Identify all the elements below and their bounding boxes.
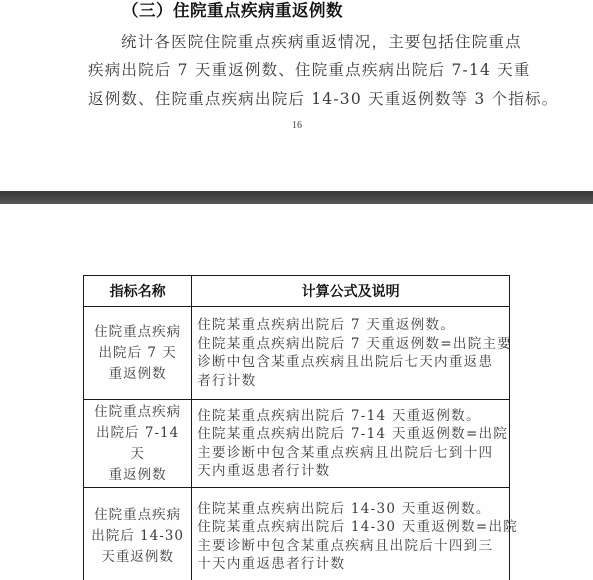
name-line: 重返例数	[88, 364, 187, 385]
document-page-upper: （三）住院重点疾病重返例数 统计各医院住院重点疾病重返情况，主要包括住院重点 疾…	[0, 0, 593, 191]
desc-line: 住院某重点疾病出院后 14-30 天重返例数=出院	[197, 518, 505, 537]
desc-line: 十天内重返患者行计数	[197, 555, 505, 574]
section-heading: （三）住院重点疾病重返例数	[122, 0, 343, 22]
table-row: 住院重点疾病 出院后 7 天 重返例数 住院某重点疾病出院后 7 天重返例数。 …	[84, 307, 510, 400]
desc-line: 住院某重点疾病出院后 7-14 天重返例数=出院	[197, 425, 505, 444]
name-line: 出院后 14-30	[88, 526, 187, 547]
name-line: 天重返例数	[88, 547, 187, 568]
name-line: 住院重点疾病	[88, 505, 187, 526]
name-line: 重返例数	[88, 465, 187, 486]
formula-description-cell: 住院某重点疾病出院后 7-14 天重返例数。 住院某重点疾病出院后 7-14 天…	[192, 400, 510, 488]
desc-line: 住院某重点疾病出院后 7-14 天重返例数。	[197, 407, 505, 426]
indicator-table: 指标名称 计算公式及说明 住院重点疾病 出院后 7 天 重返例数 住院某重点疾病…	[83, 275, 510, 580]
name-line: 出院后 7 天	[88, 343, 187, 364]
name-line: 住院重点疾病	[88, 402, 187, 423]
header-indicator-name: 指标名称	[84, 276, 192, 307]
formula-description-cell: 住院某重点疾病出院后 14-30 天重返例数。 住院某重点疾病出院后 14-30…	[192, 488, 510, 580]
desc-line: 住院某重点疾病出院后 7 天重返例数。	[197, 316, 505, 335]
page-separator-band	[0, 191, 593, 204]
formula-description-cell: 住院某重点疾病出院后 7 天重返例数。 住院某重点疾病出院后 7 天重返例数=出…	[192, 307, 510, 400]
page-number: 16	[287, 120, 307, 131]
header-formula-description: 计算公式及说明	[192, 276, 510, 307]
desc-line: 主要诊断中包含某重点疾病且出院后十四到三	[197, 537, 505, 556]
name-line: 出院后 7-14 天	[88, 423, 187, 465]
desc-line: 天内重返患者行计数	[197, 462, 505, 481]
table-row: 住院重点疾病 出院后 7-14 天 重返例数 住院某重点疾病出院后 7-14 天…	[84, 400, 510, 488]
table-header-row: 指标名称 计算公式及说明	[84, 276, 510, 307]
desc-line: 住院某重点疾病出院后 14-30 天重返例数。	[197, 500, 505, 519]
desc-line: 诊断中包含某重点疾病且出院后七天内重返患	[197, 353, 505, 372]
desc-line: 者行计数	[197, 372, 505, 391]
paragraph-line-1: 统计各医院住院重点疾病重返情况，主要包括住院重点	[121, 32, 522, 52]
paragraph-line-2: 疾病出院后 7 天重返例数、住院重点疾病出院后 7-14 天重	[88, 60, 531, 80]
desc-line: 住院某重点疾病出院后 7 天重返例数=出院主要	[197, 335, 505, 354]
paragraph-line-3: 返例数、住院重点疾病出院后 14-30 天重返例数等 3 个指标。	[88, 89, 558, 109]
name-line: 住院重点疾病	[88, 322, 187, 343]
table-row: 住院重点疾病 出院后 14-30 天重返例数 住院某重点疾病出院后 14-30 …	[84, 488, 510, 580]
desc-line: 主要诊断中包含某重点疾病且出院后七到十四	[197, 444, 505, 463]
indicator-name-cell: 住院重点疾病 出院后 7-14 天 重返例数	[84, 400, 192, 488]
indicator-name-cell: 住院重点疾病 出院后 7 天 重返例数	[84, 307, 192, 400]
indicator-name-cell: 住院重点疾病 出院后 14-30 天重返例数	[84, 488, 192, 580]
